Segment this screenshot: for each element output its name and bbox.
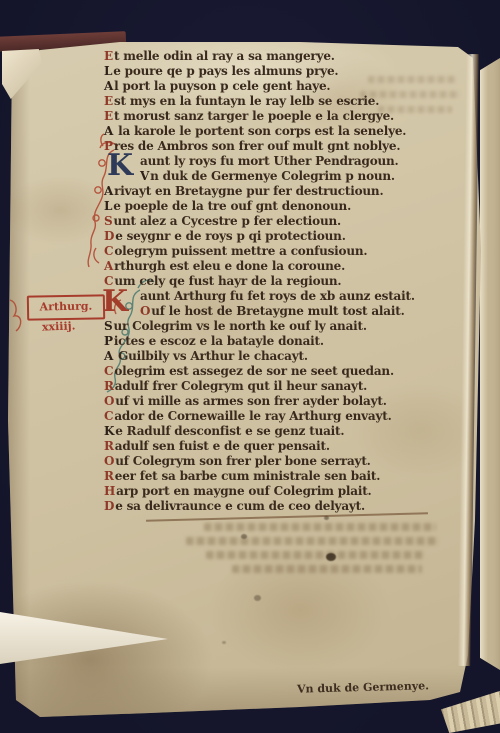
manuscript-line: Le poeple de la tre ouf gnt denonoun. [104, 199, 415, 214]
line-initial: R [104, 469, 114, 484]
marginal-rubric-box: Arthurg. [27, 294, 105, 320]
showthrough-text [204, 523, 436, 531]
manuscript-line: Ouf vi mille as armes son frer ayder bol… [104, 394, 415, 409]
line-initial: D [104, 229, 114, 244]
line-initial: D [104, 499, 114, 514]
line-initial: E [104, 49, 113, 64]
ink-spot [222, 641, 226, 644]
line-initial: O [140, 304, 150, 319]
line-initial: L [104, 64, 112, 79]
manuscript-line: Cador de Cornewaille le ray Arthurg enva… [104, 409, 415, 424]
manuscript-line: De seygnr e de roys p qi protectioun. [104, 229, 415, 244]
manuscript-line: Pres de Ambros son frer ouf mult gnt nob… [104, 139, 415, 154]
line-initial: A [104, 124, 113, 139]
line-initial: A [104, 259, 113, 274]
ink-spot [324, 516, 329, 520]
line-initial: P [104, 139, 113, 154]
manuscript-line: Arivayt en Bretaygne pur fer destructiou… [104, 184, 415, 199]
text-block: Et melle odin al ray a sa mangerye.Le po… [104, 49, 415, 514]
manuscript-line: Et morust sanz targer le poeple e la cle… [104, 109, 415, 124]
line-initial: L [104, 199, 112, 214]
manuscript-line: aunt ly roys fu mort Uther Pendragoun. [104, 154, 415, 169]
line-initial: C [104, 409, 113, 424]
showthrough-text [232, 565, 422, 573]
manuscript-line: Vn duk de Germenye Colegrim p noun. [104, 169, 415, 184]
line-initial: H [104, 484, 115, 499]
line-initial: C [104, 364, 113, 379]
manuscript-line: Cum cely qe fust hayr de la regioun. [104, 274, 415, 289]
manuscript-line: Ouf le host de Bretaygne mult tost alait… [104, 304, 415, 319]
manuscript-line: Sur Colegrim vs le north ke ouf ly anait… [104, 319, 415, 334]
line-initial: V [140, 169, 149, 184]
showthrough-text [206, 551, 424, 559]
line-initial: C [104, 244, 113, 259]
line-initial: O [104, 454, 114, 469]
line-initial: S [104, 319, 112, 334]
manuscript-line: Est mys en la funtayn le ray lelb se esc… [104, 94, 415, 109]
line-initial: S [104, 214, 112, 229]
manuscript-line: Harp port en maygne ouf Colegrim plait. [104, 484, 415, 499]
manuscript-line: Et melle odin al ray a sa mangerye. [104, 49, 415, 64]
manuscript-line: Pictes e escoz e la batayle donait. [104, 334, 415, 349]
line-initial: O [104, 394, 114, 409]
line-initial: R [104, 379, 114, 394]
line-initial: E [104, 94, 113, 109]
manuscript-line: De sa delivraunce e cum de ceo delyayt. [104, 499, 415, 514]
line-initial: A [104, 349, 113, 364]
showthrough-text [186, 537, 438, 545]
line-initial: E [104, 109, 113, 124]
manuscript-photo: K K Arthurg. xxiiij. Et melle odin al ra… [0, 0, 500, 733]
manuscript-line: Sunt alez a Cycestre p fer electioun. [104, 214, 415, 229]
line-initial: A [104, 184, 113, 199]
ink-spot [326, 553, 336, 561]
manuscript-line: Arthurgh est eleu e done la coroune. [104, 259, 415, 274]
manuscript-line: Ke Radulf desconfist e se genz tuait. [104, 424, 415, 439]
line-initial: P [104, 334, 113, 349]
manuscript-line: Radulf frer Colegrym qut il heur sanayt. [104, 379, 415, 394]
ink-spot [241, 534, 247, 539]
manuscript-line: Al port la puyson p cele gent haye. [104, 79, 415, 94]
line-initial: A [104, 79, 113, 94]
manuscript-line: Le poure qe p pays les almuns prye. [104, 64, 415, 79]
manuscript-line: A Guilbily vs Arthur le chacayt. [104, 349, 415, 364]
line-initial: R [104, 439, 114, 454]
ink-spot [254, 595, 261, 601]
manuscript-line: Radulf sen fuist e de quer pensait. [104, 439, 415, 454]
manuscript-line: A la karole le portent son corps est la … [104, 124, 415, 139]
manuscript-line: Colegrym puissent mettre a confusioun. [104, 244, 415, 259]
line-initial: C [104, 274, 113, 289]
manuscript-line: aunt Arthurg fu fet roys de xb aunz esta… [104, 289, 415, 304]
manuscript-line: Colegrim est assegez de sor ne seet qued… [104, 364, 415, 379]
manuscript-line: Reer fet sa barbe cum ministrale sen bai… [104, 469, 415, 484]
manuscript-line: Ouf Colegrym son frer pler bone serrayt. [104, 454, 415, 469]
marginal-chapter-number: xxiiij. [42, 319, 76, 333]
line-initial: K [104, 424, 114, 439]
